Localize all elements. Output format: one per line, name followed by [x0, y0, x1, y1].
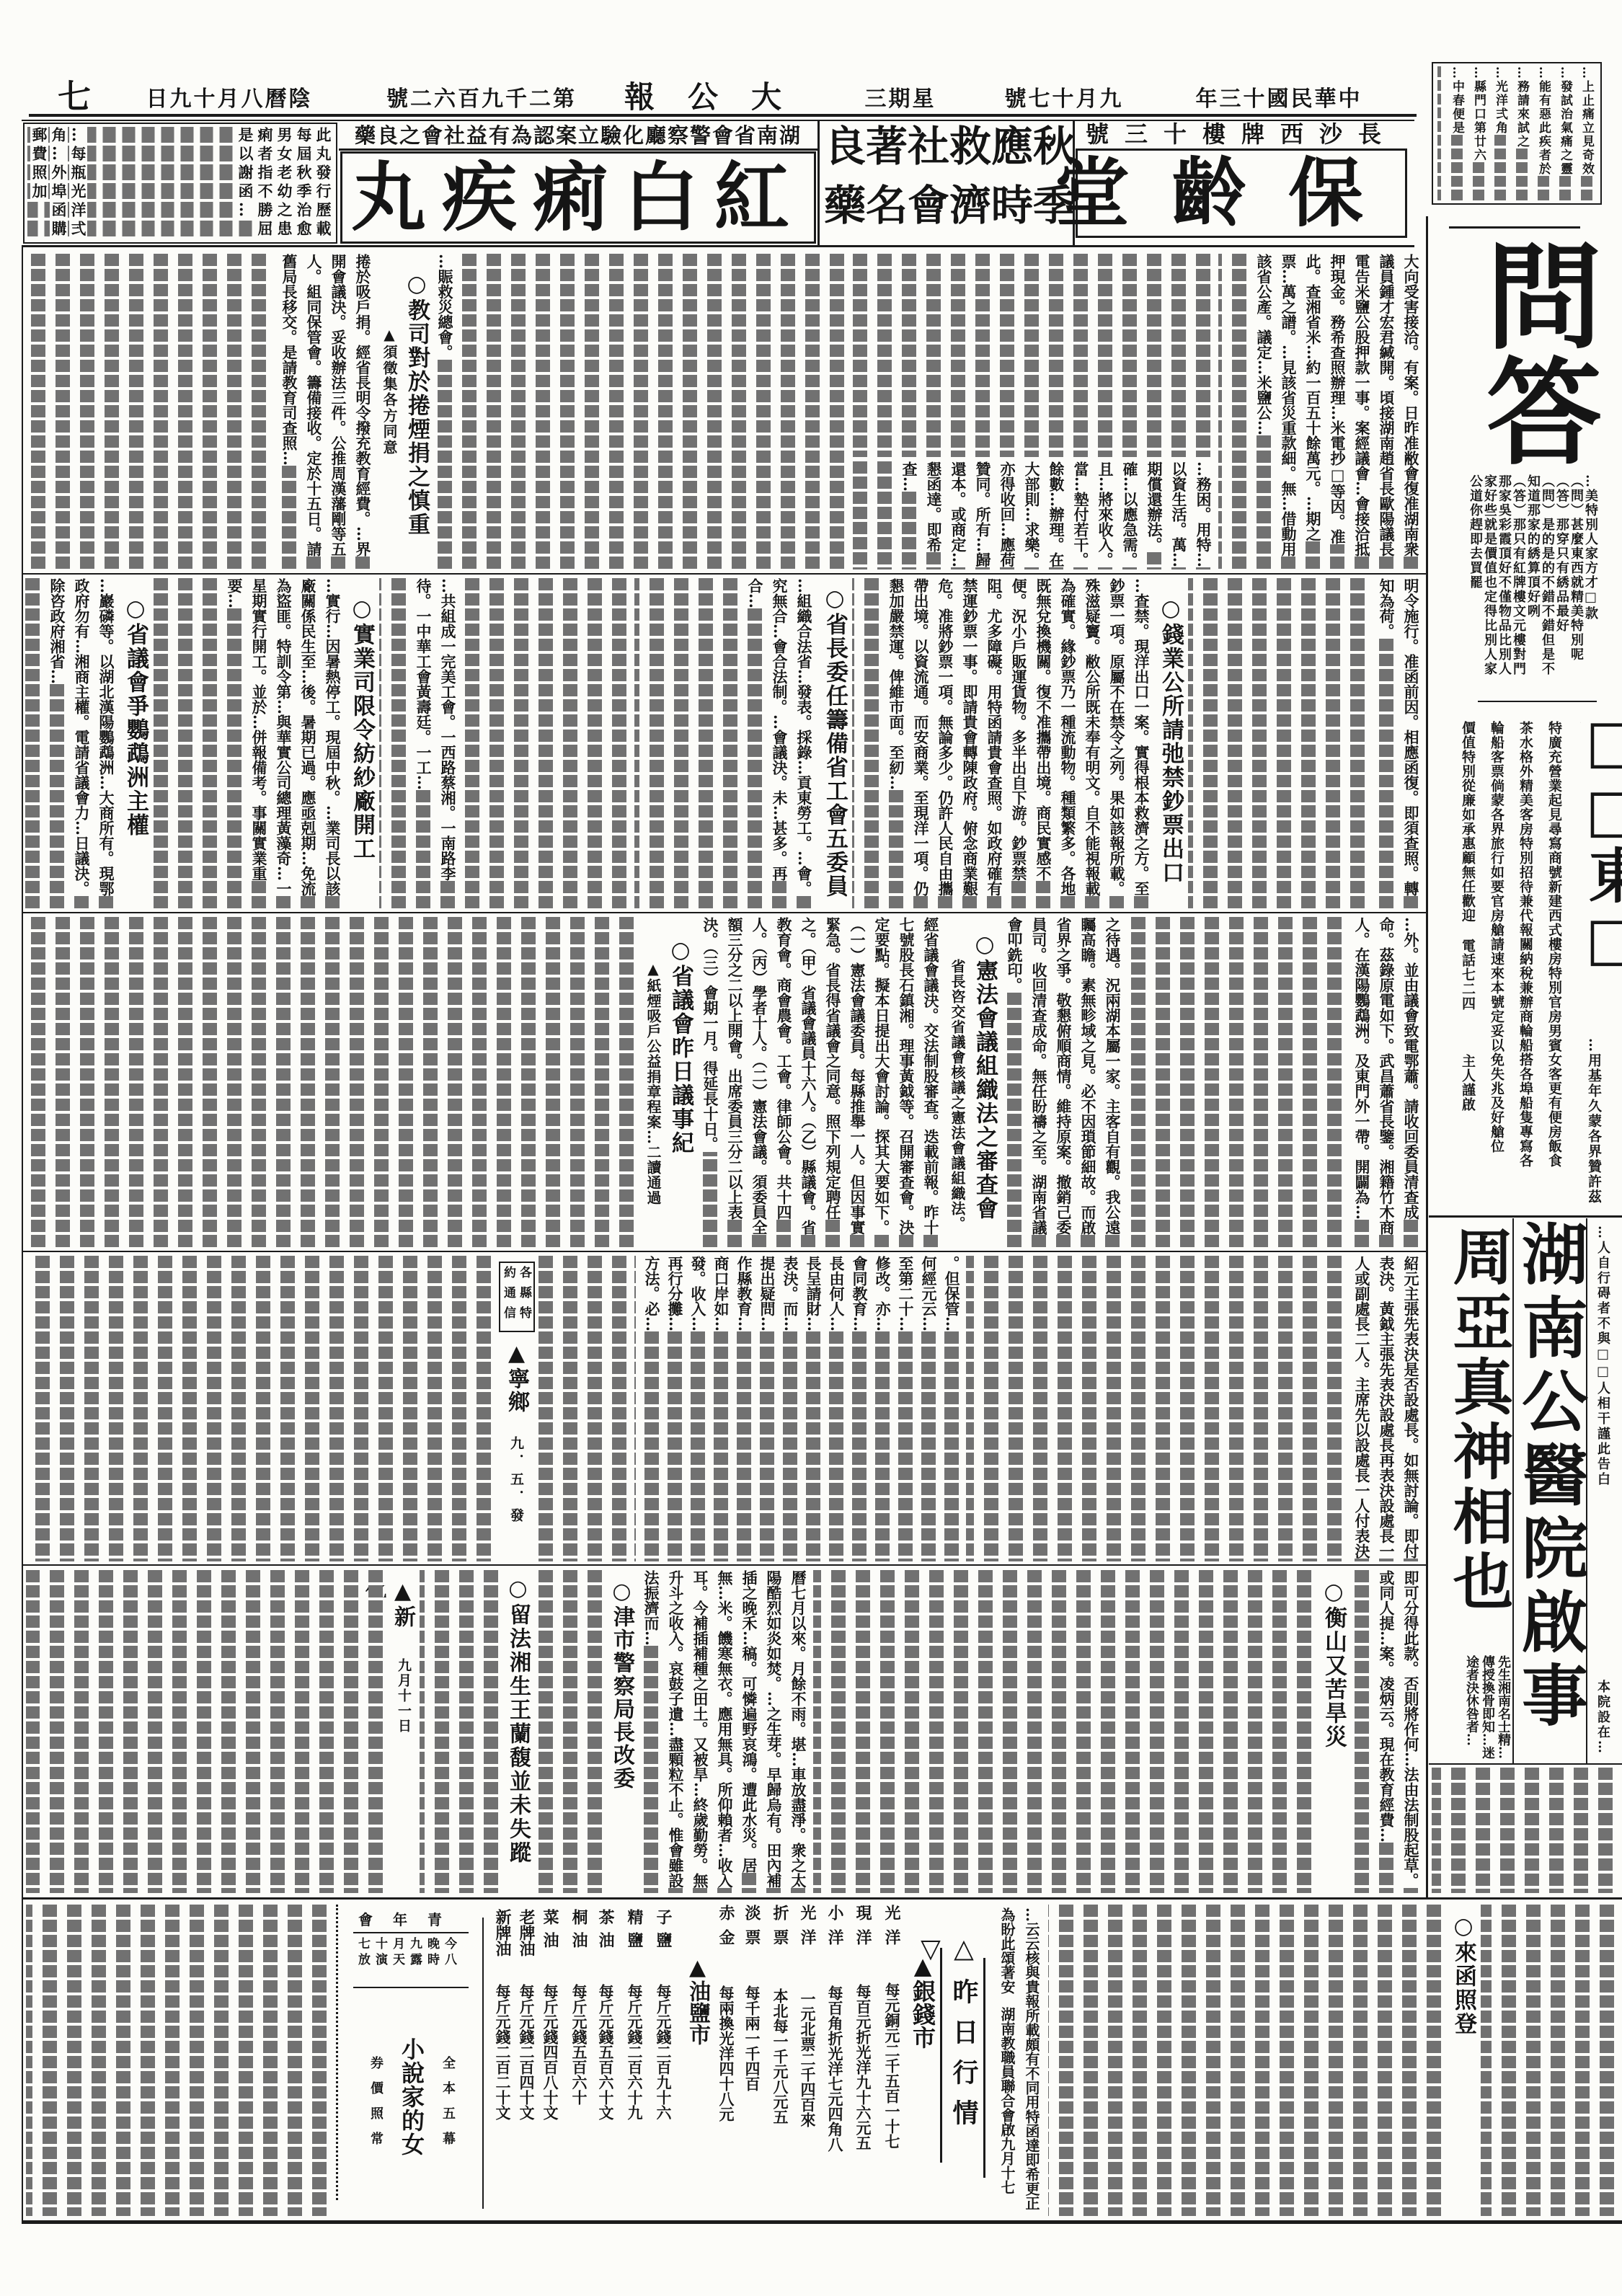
masthead-rule: [29, 114, 1417, 117]
ad-band-bottom-rule: [22, 245, 1414, 247]
quote-value: 每斤元錢二百六十九: [622, 1984, 647, 2150]
quote-row: 老牌油 每斤元錢二百四十文: [514, 1909, 539, 2154]
left-frame-rule: [22, 247, 23, 2222]
triangle-marker: ▲: [909, 1952, 936, 1980]
assembly-minutes-subheading: ▲紙煙吸戶公益捐章程案…二讀通過: [642, 960, 665, 1246]
hotel-signature: 主人謹啟: [1453, 1054, 1482, 1112]
hotel-name-clip: □□東□號: [1580, 706, 1622, 1031]
quote-row: 新牌油 每斤元錢二百二十文: [490, 1909, 515, 2154]
constitution-committee-subheading: 省長咨交省議會核議之憲法會議組織法。: [946, 959, 969, 1246]
quote-value: 每兩換光洋四十八元: [714, 1985, 738, 2166]
quote-value: 每百角折光洋七元四角八: [823, 1985, 847, 2166]
hotel-tagline: …用基年久蒙各界贊許茲: [1583, 1038, 1605, 1211]
quote-item: 老牌油: [514, 1909, 539, 1956]
illegible-text-area: [420, 1570, 503, 1893]
fragment: 表決。而…: [781, 1256, 799, 1331]
quote-row: 桐油 每斤元錢五百六十: [567, 1909, 591, 2154]
assembly-minutes-continued: 紹元主張先表決是否設處長。如無討論。即付表決。黃鉞主張先表決設處長再表決設處長一…: [1350, 1256, 1423, 1561]
remedy-notice-col: …中春便是: [1450, 66, 1464, 135]
money-market-title: 銀錢市: [909, 1980, 936, 2049]
fragment: 發。收入…: [689, 1256, 707, 1331]
quote-row: 光洋 每元銅元二千五百一十七: [879, 1905, 904, 2157]
xinhua-dateline: 九月十一日: [394, 1658, 415, 1766]
quote-value: 本北每一千元八元五: [768, 1988, 792, 2168]
hotel-line: 輪船客票倘蒙各界旅行如要官房艙請速來本號定妥以免失兆及好艙位: [1482, 721, 1511, 1202]
assembly-minutes-continued-2: 即可分得此款。否則將作何…法由法制股起草。或同人提…案。凌炳云。現在教育經費…: [1350, 1570, 1423, 1893]
remedy-notice-col: …發試治氣痛之靈: [1558, 66, 1572, 176]
ymca-rule: [353, 1932, 469, 1933]
ymca-venue: 青年會: [356, 1909, 464, 1931]
dysentery-pill-price: …每瓶光洋弍角…外埠函購郵費照加: [27, 127, 88, 239]
rice-salt-loan-fragments: …務困。用特…以資生活。萬…期償還辦法。確…以應急需。且…將來收入。當…墊付若干…: [852, 461, 1215, 569]
paper-name: 大公報: [634, 81, 815, 114]
hotel-line: 價值特別從廉如承惠顧無任歡迎: [1460, 721, 1476, 923]
illegible-text-area: [538, 1256, 631, 1561]
remedy-notice-box: …上止痛立見奇效 …發試治氣痛之靈 …能有惡此疾者於 …務請來試之 …光洋弍角 …: [1432, 62, 1602, 205]
constitution-committee-heading: ○憲法會議組織法之審查會: [970, 931, 999, 1246]
quote-row: 赤金 每兩換光洋四十八元: [714, 1905, 738, 2157]
article-body: …賑救災總會。: [436, 254, 454, 360]
oil-salt-market-heading: ▲油鹽市: [685, 1955, 709, 2049]
quote-row: 茶油 每斤元錢五百六十文: [593, 1909, 618, 2154]
illegible-text-area: [26, 1256, 496, 1561]
qa-title-answer: 答: [1467, 352, 1603, 467]
market-divider: [482, 1918, 484, 2209]
jinshi-police-heading: ○津市警察局長改委: [610, 1579, 636, 1881]
remedy-notice-col: …光洋弍角: [1493, 66, 1507, 135]
quote-value: 每元銅元二千五百一十七: [879, 1982, 904, 2163]
letter-heading: ○來函照登: [1449, 1913, 1478, 2057]
illegible-text-area: [26, 917, 639, 1247]
article-body: …外。並由議會致電鄂蕭。請收回委員清查成命。茲錄原電如下。武昌蕭省長鑒。湘籍竹木…: [1353, 917, 1420, 1235]
article-body: 經省議會議決。交法制股審查。迭載前報。昨十七號股長石鎮湘。理事黃鉞等。召開審查會…: [701, 917, 940, 1235]
illegible-text-area: [463, 578, 631, 908]
illegible-text-area: [26, 254, 271, 569]
quote-value: 每斤元錢四百八十文: [538, 1984, 562, 2150]
hengshan-drought-body: 曆七月以來。月餘不雨。堪…車放盡淨。衆之太陽酷烈如炎如焚。…之生芽。早歸烏有。田…: [637, 1570, 810, 1893]
article-body: …巖磷等。以湖北漢陽鸚鵡洲…大商所有。現鄂政府勿有…湘商主權。電請省議會力…日議…: [48, 578, 115, 896]
band-rule: [23, 1564, 1426, 1566]
fragment: 。但保管…: [943, 1256, 961, 1331]
article-body: 紹元主張先表決是否設處長。如無討論。即付表決。黃鉞主張先表決設處長再表決設處長一…: [1353, 1256, 1420, 1559]
tobacco-tax-body: 捲於吸戶捐。經省長明令撥充教育經費。…界開會議決。妥收辦法三件。公推周漢藩剛等五…: [274, 254, 375, 569]
county-news-label: 各縣特約通信: [500, 1266, 532, 1329]
labor-union-body: …組織合法省…發表。採錄…貢東勞工。…會。究無合…會合法制。…會議決。未…甚多。…: [634, 578, 816, 908]
quote-item: 現洋: [851, 1905, 875, 1955]
ymca-showtime-line2: 八時露天演放: [358, 1952, 463, 1968]
loan-reply-ending: 明令施行。准函前因。相應函復。即須查照。轉知為荷。: [1373, 578, 1423, 908]
quote-value: 每斤元錢二百四十文: [514, 1984, 539, 2150]
quote-row: 光洋 一元北票二千四百來: [795, 1905, 820, 2157]
illegible-text-area: [1048, 1905, 1446, 2216]
market-divider: [983, 1958, 985, 2178]
dysentery-pill-price-text: …每瓶光洋弍角…外埠函購郵費照加: [30, 127, 87, 239]
band-rule: [23, 912, 1426, 913]
article-body: 大向受害接洽。有案。日昨准敝會復准湖南衆議員鍾才宏君緘開。頃接湖南趙省長歐陽議長…: [1255, 254, 1420, 557]
quote-row: 小洋 每百角折光洋七元四角八: [823, 1905, 847, 2157]
quote-item: 光洋: [879, 1905, 904, 1955]
illegible-text-area: [1481, 1905, 1619, 2216]
quote-row: 折票 本北每一千元八元五: [768, 1905, 792, 2157]
article-body: …務困。用特…以資生活。萬…期償還辦法。確…以應急需。且…將來收入。當…墊付若干…: [900, 461, 1213, 567]
ningxiang-heading: ▲寧鄉: [502, 1341, 531, 1420]
quote-value: 一元北票二千四百來: [795, 1991, 820, 2171]
public-hospital-title: 湖南公醫院啟事: [1515, 1220, 1585, 1760]
right-column-divider: [1426, 216, 1428, 1899]
letter-signature: 湖南教職員聯合會啟: [995, 2007, 1019, 2137]
weekday: 星期三: [862, 87, 939, 112]
illegible-text-area: [852, 254, 1215, 457]
illegible-ad-text: 此丸發行歷載每屆秋季治愈男女老幼之患痢者指不勝屈是以謝函… …每瓶光洋弍角…外埠…: [27, 127, 333, 239]
baoling-tang-name: 保齡堂: [1076, 149, 1407, 238]
hotel-phone: 電話七二四: [1453, 939, 1482, 1011]
qa-title: 問答: [1469, 236, 1600, 482]
fragment: 長呈請財…: [805, 1256, 823, 1331]
quote-item: 新牌油: [490, 1909, 515, 1956]
seasonal-medicine-slogan: 秋季應時救濟社會著名良藥: [820, 124, 1071, 244]
assembly-minutes-fragments: 。但保管… 何經元云… 至第二十… 修改。亦… 會同教育… 長由何人… 長呈請財…: [634, 1256, 963, 1561]
issue-date: 九月十七號: [998, 87, 1130, 112]
quote-row: 精鹽 每斤元錢二百六十九: [622, 1909, 647, 2154]
article-body: …組織合法省…發表。採錄…貢東勞工。…會。究無合…會合法制。…會議決。未…甚多。…: [746, 578, 813, 896]
baoling-tang-address: 長沙西牌樓十三號: [1076, 121, 1407, 147]
ningxiang-dateline: 九．五．發: [506, 1436, 528, 1559]
dysentery-pill-name: 紅白痢疾丸: [340, 151, 816, 244]
quote-item: 子鹽: [651, 1909, 675, 1956]
article-body: 明令施行。准函前因。相應函復。即須查照。轉知為荷。: [1378, 578, 1420, 896]
illegible-text-area: [1127, 917, 1347, 1247]
relief-fragment: …賑救災總會。: [433, 254, 457, 569]
oil-salt-market-title: 油鹽市: [685, 1980, 710, 2045]
illegible-text-area: [813, 1570, 1316, 1893]
quote-item: 小洋: [823, 1905, 847, 1955]
letter-ending: …云云核與貴報所載頗有不同用特函達即希更正為盼此頌著安湖南教職員聯合會啟九月十七: [993, 1907, 1044, 2213]
illegible-text-area: [535, 1570, 607, 1893]
quote-row: 子鹽 每斤元錢二百九十六: [651, 1909, 675, 2154]
remedy-notice-text: …上止痛立見奇效 …發試治氣痛之靈 …能有惡此疾者於 …務請來試之 …光洋弍角 …: [1437, 66, 1597, 200]
remedy-notice-col: …務請來試之: [1515, 66, 1529, 149]
qa-dialogue: …美特別人家方才□款 （問）甚麼東西就精美特別呢 （答）那穿只有綉品最好 （問）…: [1456, 474, 1597, 685]
article-body: …實行…因暑熱停工。現屆中秋。…業司長以該廠關係民生至…後。暑期已過。應亟剋期……: [226, 578, 342, 896]
hotel-bottom-rule: [1429, 1215, 1622, 1218]
qa-title-question: 問: [1467, 236, 1603, 352]
fragment: 再行分攤…: [666, 1256, 684, 1331]
labor-union-members: …共組成一完美工會。一西路蔡湘。一南路李待。一中華工會黃壽廷。一工…: [379, 578, 460, 908]
illegible-text-area: [26, 1905, 332, 2216]
fragment: 方法。必…: [643, 1256, 661, 1331]
qa-line: （問）是的是的不錯不錯但是不知道那家的綉算頂好咧: [1525, 474, 1554, 685]
physiognomist-title: 周亞真神相也: [1446, 1225, 1511, 1646]
quote-item: 茶油: [593, 1909, 618, 1956]
illegible-text-area: [458, 254, 849, 569]
article-body: 捲於吸戶捐。經省長明令撥充教育經費。…界開會議決。妥收辦法三件。公推周漢藩剛等五…: [280, 254, 372, 557]
tobacco-tax-heading: ○教司對於捲煙捐之慎重: [402, 271, 431, 567]
band-rule: [23, 1897, 1622, 1900]
fragment: 作縣教育…: [735, 1256, 753, 1331]
constitution-committee-body: 經省議會議決。交法制股審查。迭載前報。昨十七號股長石鎮湘。理事黃鉞等。召開審查會…: [698, 917, 943, 1247]
qa-line: …美特別人家方才□款: [1583, 474, 1597, 685]
banknote-export-heading: ○錢業公所請弛禁鈔票出口: [1156, 595, 1185, 905]
remedy-notice-col: …能有惡此疾者於: [1536, 66, 1551, 176]
article-body: 曆七月以來。月餘不雨。堪…車放盡淨。衆之太陽酷烈如炎如焚。…之生芽。早歸烏有。田…: [642, 1570, 807, 1888]
qa-line: （答）那只有紅牌樓文元樓對門那家吳彩霞頂好不僅物品比別人家好些就是價值也定得比別…: [1468, 474, 1525, 685]
qa-line: （答）那穿只有綉品最好: [1554, 474, 1569, 685]
republic-year: 中華民國十三年: [1192, 87, 1365, 112]
ymca-acts: 全本五幕: [437, 2056, 458, 2164]
right-column-rule: [1429, 1763, 1622, 1765]
quote-value: 每百元折光洋九十六元五: [851, 1984, 875, 2164]
fragment: 至第二十…: [897, 1256, 915, 1331]
student-in-france-heading: ○留法湘生王蘭馥並未失蹤: [506, 1576, 532, 1890]
parrot-island-telegram-end: 之待遇。況兩湖本屬一家。主客自有觀。我公遠矚高瞻。素無畛域之見。必不因瑣節細故。…: [1002, 917, 1125, 1247]
police-certified-banner: 湖南省會警察廳化驗立案認為有益社會之良藥: [339, 123, 817, 151]
letter-date: 九月十七: [998, 2137, 1016, 2194]
spinning-mill-body: …實行…因暑熱停工。現屆中秋。…業司長以該廠關係民生至…後。暑期已過。應亟剋期……: [151, 578, 345, 908]
hotel-name-fragment: □□東□號: [1580, 706, 1622, 1031]
ymca-rule: [353, 1987, 469, 1988]
illegible-text-area: [1188, 578, 1370, 908]
remedy-notice-col: …縣門口第廿六: [1471, 66, 1486, 162]
market-divider: [940, 1948, 942, 2163]
quote-value: 每斤元錢五百六十文: [593, 1984, 618, 2150]
hotel-line: 茶水格外精美客房特別招待兼代報關納稅兼辦商輪船搭各埠船隻專寫各: [1511, 721, 1540, 1202]
fragment: 何經元云…: [920, 1256, 938, 1331]
quote-row: 現洋 每百元折光洋九十六元五: [851, 1905, 875, 2157]
qa-top-rule: [1449, 226, 1580, 229]
parrot-island-continued: …外。並由議會致電鄂蕭。請收回委員清查成命。茲錄原電如下。武昌蕭省長鑒。湘籍竹木…: [1350, 917, 1423, 1247]
newspaper-page: 七 陰曆八月十九日 第二千九百六二號 大公報 星期三 九月十七號 中華民國十三年…: [0, 0, 1622, 2296]
market-title: △昨日行情▽: [947, 1933, 980, 2181]
spinning-mill-heading: ○實業司限令紡紗廠開工: [347, 595, 376, 905]
assembly-minutes-heading: ○省議會昨日議事紀: [666, 937, 695, 1240]
market-title-open: △: [949, 1933, 979, 1978]
quote-row: 淡票 每千兩一千四百: [740, 1905, 764, 2157]
county-news-label-box: 各縣特約通信: [499, 1262, 535, 1332]
quote-item: 桐油: [567, 1909, 591, 1956]
quote-item: 光洋: [795, 1905, 820, 1955]
fragment: 提出疑問…: [758, 1256, 776, 1331]
loan-reply-article: 大向受害接洽。有案。日昨准敝會復准湖南衆議員鍾才宏君緘開。頃接湖南趙省長歐陽議長…: [1218, 254, 1423, 569]
money-market-heading: ▲銀錢市: [910, 1952, 936, 2060]
public-hospital-address: 本院設在…: [1590, 1680, 1615, 1760]
quote-item: 赤金: [714, 1905, 738, 1955]
quote-row: 菜油 每斤元錢四百八十文: [538, 1909, 562, 2154]
hotel-line-last: 價值特別從廉如承惠顧無任歡迎電話七二四主人謹啟: [1453, 721, 1482, 1202]
banknote-export-body: …查禁。現洋出口一案。實得根本救濟之方。至鈔票一項。原屬不在禁令之列。果如該報所…: [852, 578, 1153, 908]
physiognomist-copy: 先生湘南名士精…傳授換骨即知…迷途者決休咎者…: [1448, 1655, 1511, 1760]
ymca-play-title: 小說家的女: [396, 2037, 427, 2161]
quote-item: 淡票: [740, 1905, 764, 1955]
xinhua-heading: ▲新化: [391, 1579, 417, 1651]
fragment: 長由何人…: [828, 1256, 846, 1331]
quote-value: 每斤元錢五百六十: [567, 1984, 591, 2150]
band-rule: [23, 573, 1426, 575]
hengshan-drought-heading: ○衡山又苦旱災: [1319, 1579, 1348, 1795]
illegible-text-area: [966, 1256, 1347, 1561]
triangle-marker: ▲: [685, 1955, 710, 1980]
fragment: 修改。亦…: [874, 1256, 892, 1331]
market-title-text: 昨日行情: [949, 1978, 979, 2140]
qa-bottom-rule: [1478, 701, 1597, 702]
page-number: 七: [58, 79, 93, 114]
page-bottom-rule: [22, 2220, 1622, 2224]
tobacco-tax-subheading: ▲須徵集各方同意: [378, 326, 401, 557]
fragment: 商口岸如…: [712, 1256, 730, 1331]
illegible-text-area: [1432, 1768, 1618, 1893]
qa-line: （問）甚麼東西就精美特別呢: [1569, 474, 1583, 685]
quote-value: 每千兩一千四百: [740, 1985, 764, 2166]
public-hospital-notice: …人自行碍者不與□□人相干謹此告白: [1590, 1225, 1615, 1651]
dysentery-pill-copy: 此丸發行歷載每屆秋季治愈男女老幼之患痢者指不勝屈是以謝函…: [196, 127, 333, 239]
article-body: 之待遇。況兩湖本屬一家。主客自有觀。我公遠矚高瞻。素無畛域之見。必不因瑣節細故。…: [1006, 917, 1122, 1235]
dysentery-pill-copy-text: 此丸發行歷載每屆秋季治愈男女老幼之患痢者指不勝屈是以謝函…: [236, 127, 332, 239]
ymca-showtime-line1: 今晚九月十七: [358, 1936, 463, 1952]
illegible-text-area: [26, 1570, 388, 1893]
article-body: …查禁。現洋出口一案。實得根本救濟之方。至鈔票一項。原屬不在禁令之列。果如該報所…: [887, 578, 1151, 896]
ymca-border: [336, 1905, 338, 2200]
labor-union-heading: ○省長委任籌備省工會五委員: [819, 585, 849, 907]
hotel-line: 特廣充營業起見尋寫商號新建西式樓房特別官房男賓女客更有便房飯食: [1540, 721, 1569, 1202]
band-rule: [23, 1251, 1426, 1252]
quote-item: 折票: [768, 1905, 792, 1955]
ymca-ticket: 券價照常: [365, 2056, 386, 2164]
quote-item: 菜油: [538, 1909, 562, 1956]
fragment: 會同教育…: [851, 1256, 869, 1331]
article-body: 即可分得此款。否則將作何…法由法制股起草。或同人提…案。凌炳云。現在教育經費…: [1378, 1570, 1420, 1888]
hotel-ad-body: 特廣充營業起見尋寫商號新建西式樓房特別官房男賓女客更有便房飯食 茶水格外精美客房…: [1450, 721, 1569, 1202]
remedy-notice-col: …上止痛立見奇效: [1579, 66, 1594, 176]
issue-number: 第二千九百六二號: [384, 87, 580, 112]
parrot-island-heading: ○省議會爭鸚鵡洲主權: [121, 595, 150, 905]
parrot-island-body: …巖磷等。以湖北漢陽鸚鵡洲…大商所有。現鄂政府勿有…湘商主權。電請省議會力…日議…: [25, 578, 118, 908]
quote-item: 精鹽: [622, 1909, 647, 1956]
quote-value: 每斤元錢二百九十六: [651, 1984, 675, 2150]
quote-value: 每斤元錢二百二十文: [490, 1984, 515, 2150]
lunar-date: 陰曆八月十九日: [144, 87, 314, 112]
article-body: …共組成一完美工會。一西路蔡湘。一南路李待。一中華工會黃壽廷。一工…: [415, 578, 457, 881]
dysentery-pill-copy-box: 此丸發行歷載每屆秋季治愈男女老幼之患痢者指不勝屈是以謝函… …每瓶光洋弍角…外埠…: [23, 123, 337, 244]
